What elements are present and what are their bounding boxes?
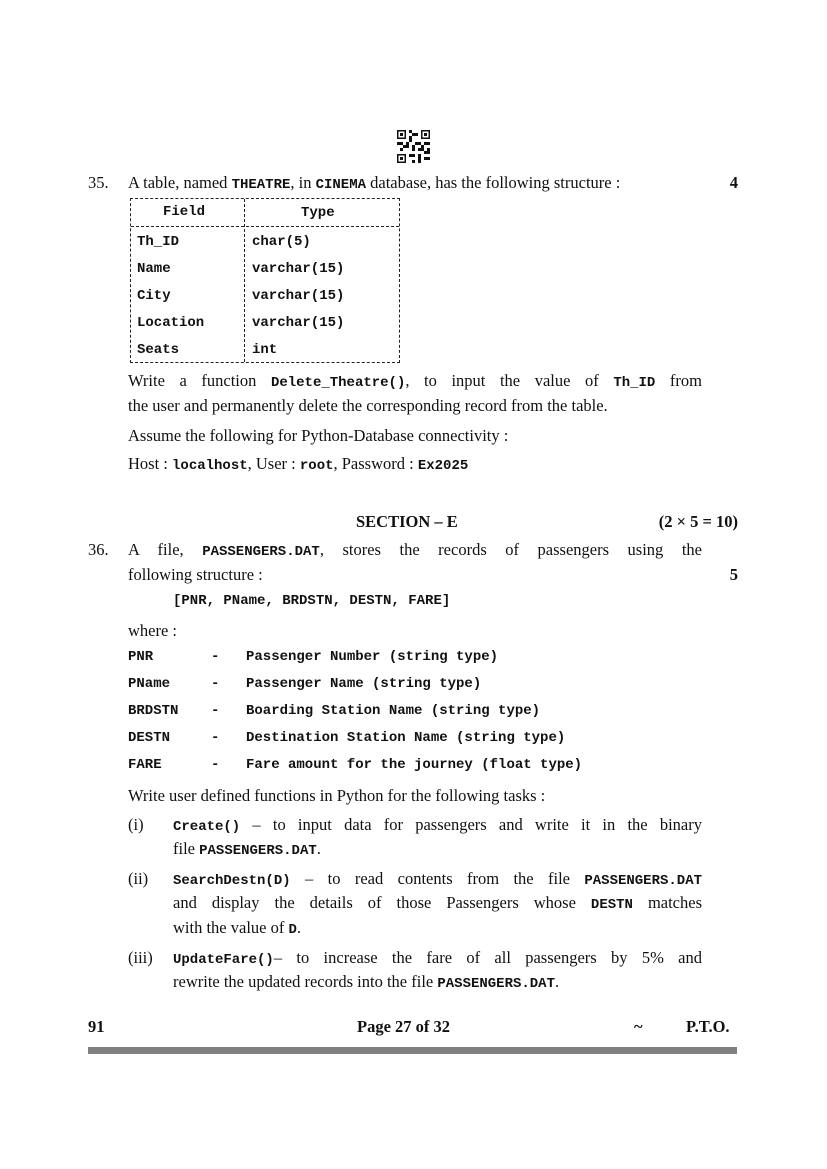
task-i-line-1: Create() – to input data for passengers … — [173, 815, 702, 835]
pto-label: P.T.O. — [686, 1017, 730, 1037]
separator: - — [211, 757, 219, 773]
column-divider — [244, 199, 245, 362]
task-number: (iii) — [128, 948, 153, 968]
field-name: BRDSTN — [128, 703, 178, 719]
section-title: SECTION – E — [356, 512, 458, 532]
task-ii-line-3: with the value of D. — [173, 918, 301, 938]
task-iii-line-1: UpdateFare()– to increase the fare of al… — [173, 948, 702, 968]
task-number: (i) — [128, 815, 144, 835]
field-description: Destination Station Name (string type) — [246, 730, 565, 746]
task-line-2: the user and permanently delete the corr… — [128, 396, 608, 416]
task-line-1: Write a function Delete_Theatre(), to in… — [128, 371, 702, 391]
table-cell-type: char(5) — [252, 234, 311, 250]
connection-details: Host : localhost, User : root, Password … — [128, 454, 468, 474]
page-number: Page 27 of 32 — [357, 1017, 450, 1037]
question-number: 36. — [88, 540, 109, 560]
field-name: FARE — [128, 757, 162, 773]
field-name: PName — [128, 676, 170, 692]
field-description: Passenger Number (string type) — [246, 649, 498, 665]
table-cell-field: Name — [137, 261, 171, 277]
field-name: PNR — [128, 649, 153, 665]
function-name: Delete_Theatre() — [271, 375, 405, 391]
table-cell-field: Location — [137, 315, 204, 331]
separator: - — [211, 649, 219, 665]
qr-code-icon — [397, 130, 430, 163]
footer-rule — [88, 1047, 737, 1054]
separator: - — [211, 730, 219, 746]
question-36-intro-line-2: following structure : — [128, 565, 263, 585]
field-description: Fare amount for the journey (float type) — [246, 757, 582, 773]
record-structure: [PNR, PName, BRDSTN, DESTN, FARE] — [173, 593, 450, 609]
table-cell-field: Th_ID — [137, 234, 179, 250]
field-name: DESTN — [128, 730, 170, 746]
where-label: where : — [128, 621, 177, 641]
header-divider — [131, 226, 399, 227]
column-header-type: Type — [301, 205, 335, 221]
structure-table: Field Type Th_ID char(5) Name varchar(15… — [130, 198, 400, 363]
function-name: UpdateFare() — [173, 952, 274, 968]
section-marks: (2 × 5 = 10) — [659, 512, 738, 532]
function-name: SearchDestn(D) — [173, 873, 291, 889]
marks: 4 — [730, 173, 738, 193]
separator: - — [211, 676, 219, 692]
paper-code: 91 — [88, 1017, 105, 1037]
user-value: root — [300, 458, 334, 474]
table-cell-field: City — [137, 288, 171, 304]
table-cell-type: int — [252, 342, 277, 358]
assumption-text: Assume the following for Python-Database… — [128, 426, 508, 446]
table-cell-type: varchar(15) — [252, 315, 344, 331]
tilde-mark: ~ — [634, 1017, 643, 1037]
field-description: Boarding Station Name (string type) — [246, 703, 540, 719]
field-description: Passenger Name (string type) — [246, 676, 481, 692]
table-cell-field: Seats — [137, 342, 179, 358]
question-35-intro: A table, named THEATRE, in CINEMA databa… — [128, 173, 620, 193]
task-ii-line-1: SearchDestn(D) – to read contents from t… — [173, 869, 702, 889]
separator: - — [211, 703, 219, 719]
question-number: 35. — [88, 173, 109, 193]
task-intro: Write user defined functions in Python f… — [128, 786, 545, 806]
marks: 5 — [730, 565, 738, 585]
function-name: Create() — [173, 819, 240, 835]
task-number: (ii) — [128, 869, 148, 889]
table-cell-type: varchar(15) — [252, 288, 344, 304]
password-value: Ex2025 — [418, 458, 468, 474]
table-cell-type: varchar(15) — [252, 261, 344, 277]
host-value: localhost — [172, 458, 248, 474]
task-ii-line-2: and display the details of those Passeng… — [173, 893, 702, 913]
question-36-intro: A file, PASSENGERS.DAT, stores the recor… — [128, 540, 702, 560]
file-name: PASSENGERS.DAT — [202, 544, 320, 560]
table-name: THEATRE — [232, 177, 291, 193]
column-header-field: Field — [163, 204, 205, 220]
database-name: CINEMA — [316, 177, 366, 193]
task-i-line-2: file PASSENGERS.DAT. — [173, 839, 321, 859]
task-iii-line-2: rewrite the updated records into the fil… — [173, 972, 559, 992]
